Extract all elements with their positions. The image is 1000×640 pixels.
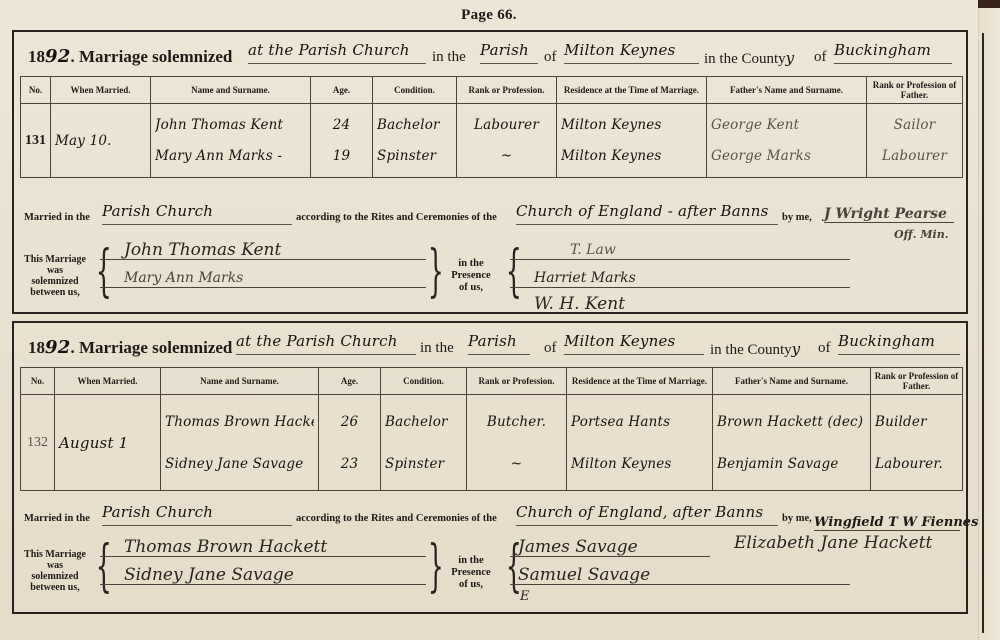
col-age: Age. [311,77,373,104]
parish-word-value: Parish [480,41,538,64]
entry-number: 132 [21,395,55,491]
officiant-signature: J Wright Pearse [824,206,954,223]
ages-cell: 2623 [319,395,381,491]
of-county-label: of [818,340,831,357]
county-value: Buckingham [838,332,960,355]
when-married: August 1 [55,395,161,491]
entry-table: No. When Married. Name and Surname. Age.… [20,367,963,491]
brace-right: } [428,244,444,300]
residences-cell: Milton KeynesMilton Keynes [557,104,707,178]
register-page: Page 66. 1892. Marriage solemnized at th… [0,0,978,640]
col-condition: Condition. [381,368,467,395]
col-father-name: Father's Name and Surname. [713,368,871,395]
witness-3-signature: Samuel Savage [510,565,850,585]
witness-2-signature: Harriet Marks [510,268,850,288]
married-in-line: Married in the Parish Church according t… [24,202,954,232]
father-ranks-cell: BuilderLabourer. [871,395,963,491]
solemnized-between-label: This Marriagewassolemnizedbetween us, [20,254,90,298]
married-in-value: Parish Church [102,503,292,526]
solemnized-at-value: at the Parish Church [236,332,416,355]
entry-number: 131 [21,104,51,178]
conditions-cell: BachelorSpinster [373,104,457,178]
page-number: Page 66. [0,7,978,24]
col-age: Age. [319,368,381,395]
col-when-married: When Married. [55,368,161,395]
parish-word-value: Parish [468,332,530,355]
column-headers: No. When Married. Name and Surname. Age.… [21,368,963,395]
ages-cell: 2419 [311,104,373,178]
entry-table: No. When Married. Name and Surname. Age.… [20,76,963,178]
table-row: 131 May 10. John Thomas KentMary Ann Mar… [21,104,963,178]
entry-heading: 1892. Marriage solemnized at the Parish … [24,41,956,73]
col-father-rank: Rank or Profession of Father. [871,368,963,395]
col-residence: Residence at the Time of Marriage. [557,77,707,104]
bride-signature: Mary Ann Marks [100,268,426,288]
entry-heading: 1892. Marriage solemnized at the Parish … [24,332,956,364]
names-cell: Thomas Brown HackettSidney Jane Savage [161,395,319,491]
presence-label: in thePresenceof us, [444,258,498,294]
in-the-label: in the [432,49,466,66]
witness-1-signature: T. Law [510,240,850,260]
parish-value: Milton Keynes [564,332,704,355]
groom-signature: Thomas Brown Hackett [100,537,426,557]
in-the-label: in the [420,340,454,357]
fathers-cell: George KentGeorge Marks [707,104,867,178]
rites-value: Church of England, after Banns [516,503,778,526]
county-label: in the Countyy [710,340,800,359]
groom-signature: John Thomas Kent [100,240,426,260]
names-cell: John Thomas KentMary Ann Marks - [151,104,311,178]
of-label: of [544,340,557,357]
col-name: Name and Surname. [161,368,319,395]
officiant-title: Off. Min. [894,228,949,241]
year-label: 1892. Marriage solemnized [28,337,232,358]
solemnized-at-value: at the Parish Church [248,41,426,64]
rites-value: Church of England - after Banns [516,202,778,225]
married-in-value: Parish Church [102,202,292,225]
of-label: of [544,49,557,66]
county-value: Buckingham [834,41,952,64]
marriage-entry-131: 1892. Marriage solemnized at the Parish … [12,30,968,314]
col-condition: Condition. [373,77,457,104]
witness-2-signature: Elizabeth Jane Hackett [730,533,960,553]
parish-value: Milton Keynes [564,41,699,64]
witness-mark: E [514,587,544,607]
col-father-rank: Rank or Profession of Father. [867,77,963,104]
county-label: in the Countyy [704,49,794,68]
conditions-cell: BachelorSpinster [381,395,467,491]
col-father-name: Father's Name and Surname. [707,77,867,104]
col-no: No. [21,77,51,104]
year-label: 1892. Marriage solemnized [28,46,232,67]
of-county-label: of [814,49,827,66]
col-when-married: When Married. [51,77,151,104]
witness-1-signature: James Savage [510,537,710,557]
brace-right: } [428,539,444,595]
presence-label: in thePresenceof us, [444,555,498,591]
marriage-entry-132: 1892. Marriage solemnized at the Parish … [12,321,968,614]
when-married: May 10. [51,104,151,178]
solemnized-between-label: This Marriagewassolemnizedbetween us, [20,549,90,593]
father-ranks-cell: SailorLabourer [867,104,963,178]
officiant-signature: Wingfield T W Fiennes [814,515,960,531]
ranks-cell: Labourer~ [457,104,557,178]
table-row: 132 August 1 Thomas Brown HackettSidney … [21,395,963,491]
fathers-cell: Brown Hackett (dec)Benjamin Savage [713,395,871,491]
col-rank: Rank or Profession. [467,368,567,395]
col-no: No. [21,368,55,395]
col-residence: Residence at the Time of Marriage. [567,368,713,395]
col-name: Name and Surname. [151,77,311,104]
column-headers: No. When Married. Name and Surname. Age.… [21,77,963,104]
witness-3-signature: W. H. Kent [510,294,850,314]
ranks-cell: Butcher.~ [467,395,567,491]
col-rank: Rank or Profession. [457,77,557,104]
residences-cell: Portsea HantsMilton Keynes [567,395,713,491]
married-in-line: Married in the Parish Church according t… [24,503,954,533]
bride-signature: Sidney Jane Savage [100,565,426,585]
